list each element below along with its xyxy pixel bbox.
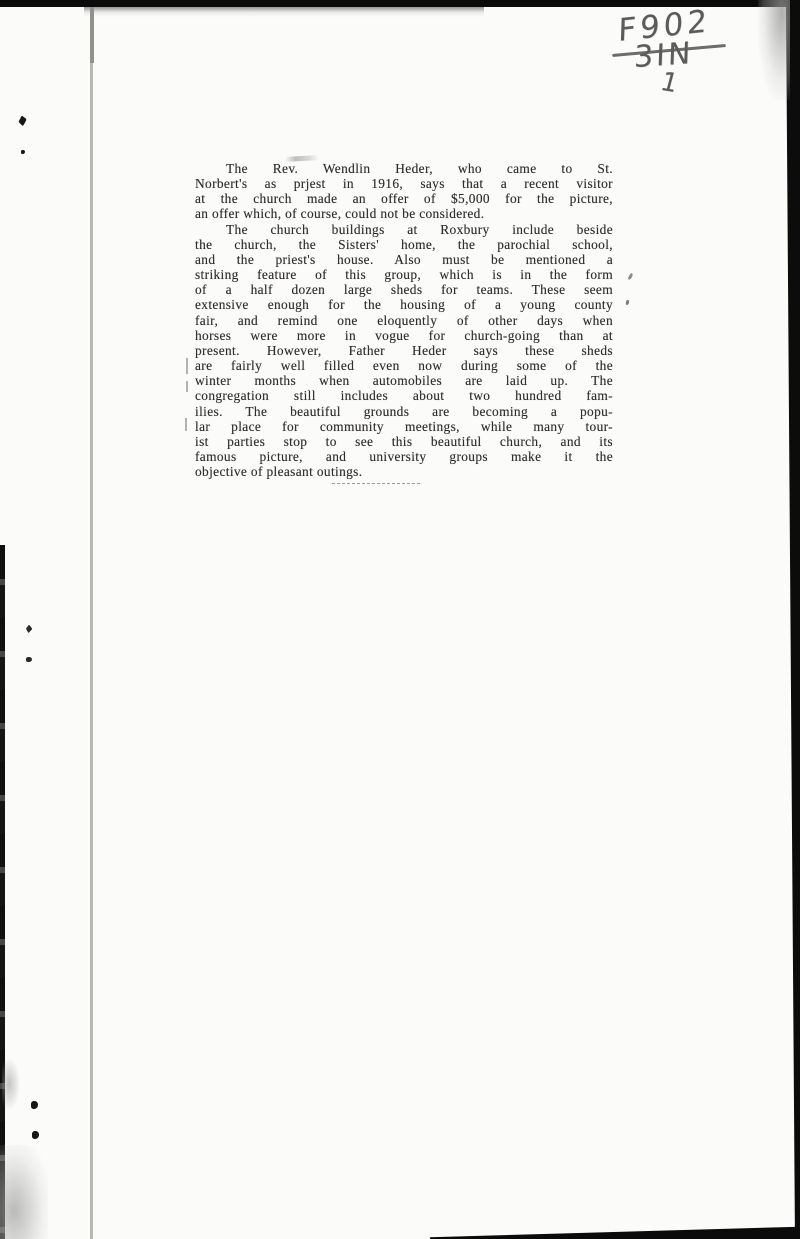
article-line: The Rev. Wendlin Heder, who came to St.: [195, 161, 613, 176]
ink-speck: [626, 300, 630, 305]
article-line: the church, the Sisters' home, the paroc…: [195, 237, 613, 252]
article-line: are fairly well filled even now during s…: [195, 358, 613, 373]
scan-edge-top-shadow: [84, 7, 484, 17]
article-line: winter months when automobiles are laid …: [195, 373, 613, 388]
page-fold-line: [90, 7, 93, 1239]
newspaper-clipping-text: The Rev. Wendlin Heder, who came to St.N…: [195, 161, 613, 479]
ink-speck: [18, 115, 28, 127]
article-line: objective of pleasant outings.: [195, 464, 613, 479]
scan-edge-right: [782, 0, 800, 1239]
handwritten-annotation: F902 3IN 1: [604, 4, 754, 112]
article-line: Norbert's as prjest in 1916, says that a…: [195, 176, 613, 191]
scan-edge-bottom: [430, 1224, 800, 1239]
article-line: an offer which, of course, could not be …: [195, 206, 613, 221]
scan-smudge-bottom-left: [0, 1145, 48, 1239]
article-line: at the church made an offer of $5,000 fo…: [195, 191, 613, 206]
article-line: horses were more in vogue for church-goi…: [195, 328, 613, 343]
ink-speck: [25, 624, 34, 634]
page-fold-line-dark-segment: [90, 7, 94, 63]
article-line: ist parties stop to see this beautiful c…: [195, 434, 613, 449]
scan-edge-left: [0, 545, 5, 1239]
scan-smudge-top-right: [758, 0, 790, 100]
article-line: The church buildings at Roxbury include …: [195, 222, 613, 237]
article-line: ilies. The beautiful grounds are becomin…: [195, 404, 613, 419]
article-line: fair, and remind one eloquently of other…: [195, 313, 613, 328]
article-end-rule: [332, 483, 420, 484]
margin-pen-tick: [186, 381, 188, 392]
article-line: congregation still includes about two hu…: [195, 388, 613, 403]
scan-smudge-bottom-left: [2, 1058, 20, 1110]
article-line: extensive enough for the housing of a yo…: [195, 297, 613, 312]
scanned-document-page: F902 3IN 1 The Rev. Wendlin Heder, who c…: [0, 0, 800, 1239]
article-line: present. However, Father Heder says thes…: [195, 343, 613, 358]
article-line: of a half dozen large sheds for teams. T…: [195, 282, 613, 297]
ink-speck: [628, 273, 634, 281]
ink-speck: [32, 1131, 39, 1139]
margin-pen-tick: [185, 418, 187, 431]
article-line: striking feature of this group, which is…: [195, 267, 613, 282]
ink-speck: [31, 1101, 38, 1109]
article-line: lar place for community meetings, while …: [195, 419, 613, 434]
ink-speck: [26, 657, 32, 662]
ink-speck: [21, 150, 25, 154]
article-line: famous picture, and university groups ma…: [195, 449, 613, 464]
margin-pen-tick: [186, 358, 188, 374]
article-line: and the priest's house. Also must be men…: [195, 252, 613, 267]
